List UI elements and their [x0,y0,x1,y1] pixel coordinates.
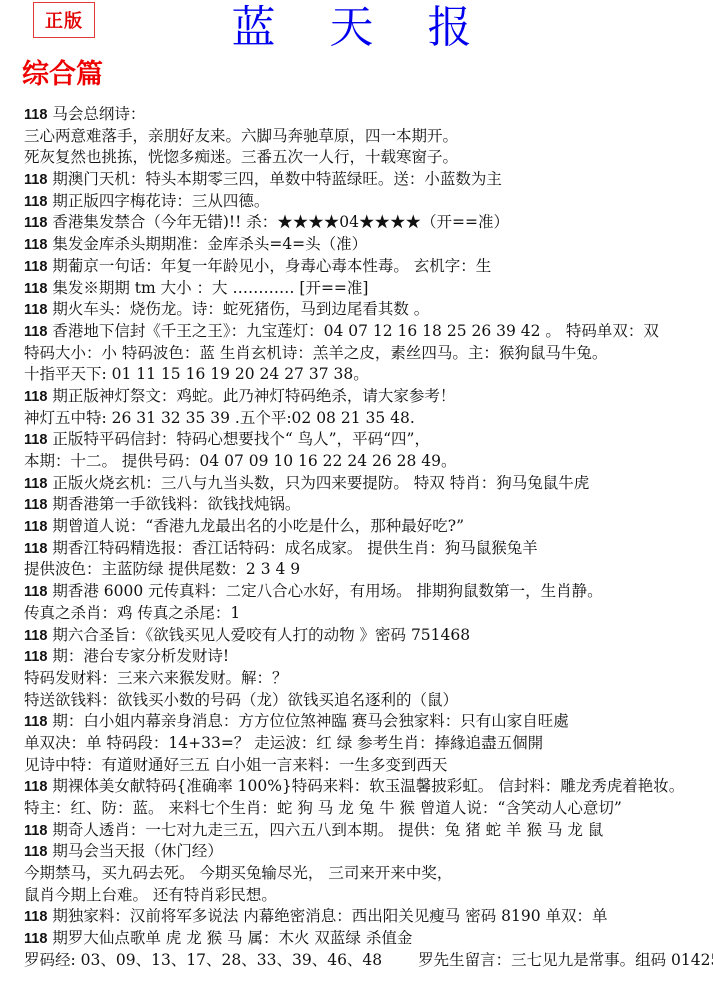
line-text: 期澳门天机：特头本期零三四，单数中特蓝绿旺。送：小蓝数为主 [47,170,501,188]
issue-number: 118 [24,172,47,188]
line-text: 香港地下信封《千王之王》：九宝莲灯：04 07 12 16 18 25 26 3… [47,322,658,340]
text-line: 118 期：港台专家分析发财诗! [24,646,704,668]
issue-number: 118 [24,215,47,231]
issue-number: 118 [24,237,47,253]
issue-number: 118 [24,432,47,448]
newspaper-title: 蓝 天 报 [0,2,713,54]
text-line: 118 期葡京一句话：年复一年龄见小，身毒心毒本性毒。 玄机字：生 [24,256,704,278]
line-text: 特送欲钱料：欲钱买小数的号码（龙）欲钱买追名逐利的（鼠） [24,691,458,709]
text-line: 118 马会总纲诗： [24,104,704,126]
issue-number: 118 [24,909,47,925]
line-text: 期香港第一手欲钱料：欲钱找炖锅。 [47,495,300,513]
text-line: 三心两意难落手，亲朋好友来。六脚马奔驰草原，四一本期开。 [24,126,704,148]
line-text: 期正版神灯祭文：鸡蛇。此乃神灯特码绝杀，请大家参考！ [47,387,455,405]
line-text: 期正版四字梅花诗：三从四德。 [47,192,269,210]
line-text: 特主：红、防：蓝。 来料七个生肖：蛇 狗 马 龙 兔 牛 猴 曾道人说：“含笑动… [24,799,622,817]
issue-number: 118 [24,541,47,557]
text-line: 今期禁马，买九码去死。 今期买兔输尽光， 三司来开来中奖， [24,863,704,885]
line-text: 提供波色：主蓝防绿 提供尾数：2 3 4 9 [24,560,300,578]
text-line: 神灯五中特: 26 31 32 35 39 .五个平:02 08 21 35 4… [24,408,704,430]
text-line: 传真之杀肖：鸡 传真之杀尾：1 [24,603,704,625]
issue-number: 118 [24,714,47,730]
issue-number: 118 [24,194,47,210]
line-text: 期香港 6000 元传真料：二定八合心水好，有用场。 排期狗鼠数第一，生肖静。 [47,582,602,600]
issue-number: 118 [24,324,47,340]
text-line: 118 期正版神灯祭文：鸡蛇。此乃神灯特码绝杀，请大家参考！ [24,386,704,408]
text-line: 118 期香港 6000 元传真料：二定八合心水好，有用场。 排期狗鼠数第一，生… [24,581,704,603]
text-line: 特码发财料：三来六来猴发财。解：？ [24,668,704,690]
text-line: 118 期奇人透肖：一七对九走三五，四六五八到本期。 提供：兔 猪 蛇 羊 猴 … [24,820,704,842]
line-text: 传真之杀肖：鸡 传真之杀尾：1 [24,604,240,622]
text-line: 118 正版火烧玄机：三八与九当头数，只为四来要提防。 特双 特肖：狗马兔鼠牛虎 [24,473,704,495]
line-text: 马会总纲诗： [47,105,145,123]
line-text: 神灯五中特: 26 31 32 35 39 .五个平:02 08 21 35 4… [24,409,415,427]
issue-number: 118 [24,476,47,492]
text-line: 单双决：单 特码段：14+33=？ 走运波：红 绿 参考生肖：捧緣追盡五個開 [24,733,704,755]
text-line: 118 正版特平码信封：特码心想要找个“ 鸟人”，平码“四”， [24,429,704,451]
issue-number: 118 [24,497,47,513]
issue-number: 118 [24,584,47,600]
text-line: 见诗中特：有道财通好三五 白小姐一言来料：一生多变到西天 [24,755,704,777]
text-line: 118 期裸体美女献特码{准确率 100%}特码来料：软玉温馨披彩虹。 信封料：… [24,776,704,798]
text-line: 118 香港地下信封《千王之王》：九宝莲灯：04 07 12 16 18 25 … [24,321,704,343]
line-text: 集发金库杀头期期准：金库杀头=4=头（准） [47,235,367,253]
text-line: 特送欲钱料：欲钱买小数的号码（龙）欲钱买追名逐利的（鼠） [24,690,704,712]
line-text: 期曾道人说：“香港九龙最出名的小吃是什么，那种最好吃?” [47,517,464,535]
issue-number: 118 [24,844,47,860]
line-text: 单双决：单 特码段：14+33=？ 走运波：红 绿 参考生肖：捧緣追盡五個開 [24,734,543,752]
text-line: 118 期六合圣旨：《欲钱买见人爱咬有人打的动物 》密码 751468 [24,625,704,647]
text-line: 118 集发金库杀头期期准：金库杀头=4=头（准） [24,234,704,256]
section-title: 综合篇 [22,58,103,92]
text-line: 十指平天下: 01 11 15 16 19 20 24 27 37 38。 [24,364,704,386]
line-text: 期独家料：汉前将军多说法 内幕绝密消息：西出阳关见瘦马 密码 8190 单双：单 [47,907,607,925]
text-line: 118 期香港第一手欲钱料：欲钱找炖锅。 [24,494,704,516]
text-line: 118 期：白小姐内幕亲身消息：方方位位煞神臨 赛马会独家料：只有山家自旺處 [24,711,704,733]
text-line: 特主：红、防：蓝。 来料七个生肖：蛇 狗 马 龙 兔 牛 猴 曾道人说：“含笑动… [24,798,704,820]
issue-number: 118 [24,259,47,275]
line-text: 期火车头：烧伤龙。诗：蛇死猪伤，马到边尾看其数 。 [47,300,429,318]
text-line: 118 期火车头：烧伤龙。诗：蛇死猪伤，马到边尾看其数 。 [24,299,704,321]
text-line: 118 期澳门天机：特头本期零三四，单数中特蓝绿旺。送：小蓝数为主 [24,169,704,191]
line-text: 期马会当天报（休门经） [47,842,222,860]
line-text: 三心两意难落手，亲朋好友来。六脚马奔驰草原，四一本期开。 [24,127,458,145]
text-line: 死灰复然也挑拣，恍惚多痴迷。三番五次一人行，十载寒窗子。 [24,147,704,169]
line-text: 正版特平码信封：特码心想要找个“ 鸟人”，平码“四”， [47,430,430,448]
article-body: 118 马会总纲诗： 三心两意难落手，亲朋好友来。六脚马奔驰草原，四一本期开。 … [24,104,704,972]
line-text: 罗码经: 03、09、13、17、28、33、39、46、48 罗先生留言：三七… [24,951,713,969]
line-text: 期：白小姐内幕亲身消息：方方位位煞神臨 赛马会独家料：只有山家自旺處 [47,712,568,730]
issue-number: 118 [24,628,47,644]
line-text: 十指平天下: 01 11 15 16 19 20 24 27 37 38。 [24,365,369,383]
text-line: 118 集发※期期 tm 大小 ：大 ………… [开==准] [24,278,704,300]
line-text: 今期禁马，买九码去死。 今期买兔输尽光， 三司来开来中奖， [24,864,452,882]
text-line: 118 期曾道人说：“香港九龙最出名的小吃是什么，那种最好吃?” [24,516,704,538]
line-text: 香港集发禁合（今年无错)!! 杀：★★★★04★★★★（开==准） [47,213,509,231]
line-text: 死灰复然也挑拣，恍惚多痴迷。三番五次一人行，十载寒窗子。 [24,148,458,166]
line-text: 期奇人透肖：一七对九走三五，四六五八到本期。 提供：兔 猪 蛇 羊 猴 马 龙 … [47,821,603,839]
line-text: 特码大小：小 特码波色：蓝 生肖玄机诗：羔羊之皮，素丝四马。主：猴狗鼠马牛兔。 [24,344,607,362]
text-line: 118 期马会当天报（休门经） [24,841,704,863]
issue-number: 118 [24,779,47,795]
line-text: 特码发财料：三来六来猴发财。解：？ [24,669,288,687]
issue-number: 118 [24,389,47,405]
text-line: 118 期香江特码精选报：香江话特码：成名成家。 提供生肖：狗马鼠猴兔羊 [24,538,704,560]
issue-number: 118 [24,302,47,318]
line-text: 集发※期期 tm 大小 ：大 ………… [开==准] [47,279,368,297]
text-line: 本期：十二。 提供号码：04 07 09 10 16 22 24 26 28 4… [24,451,704,473]
line-text: 正版火烧玄机：三八与九当头数，只为四来要提防。 特双 特肖：狗马兔鼠牛虎 [47,474,589,492]
issue-number: 118 [24,281,47,297]
issue-number: 118 [24,519,47,535]
line-text: 本期：十二。 提供号码：04 07 09 10 16 22 24 26 28 4… [24,452,457,470]
text-line: 特码大小：小 特码波色：蓝 生肖玄机诗：羔羊之皮，素丝四马。主：猴狗鼠马牛兔。 [24,343,704,365]
issue-number: 118 [24,823,47,839]
text-line: 罗码经: 03、09、13、17、28、33、39、46、48 罗先生留言：三七… [24,950,704,972]
text-line: 118 期罗大仙点歌单 虎 龙 猴 马 属：木火 双蓝绿 杀值金 [24,928,704,950]
line-text: 见诗中特：有道财通好三五 白小姐一言来料：一生多变到西天 [24,756,447,774]
text-line: 鼠肖今期上台难。 还有特肖彩民想。 [24,885,704,907]
issue-number: 118 [24,649,47,665]
line-text: 期裸体美女献特码{准确率 100%}特码来料：软玉温馨披彩虹。 信封料：雕龙秀虎… [47,777,684,795]
text-line: 118 期正版四字梅花诗：三从四德。 [24,191,704,213]
line-text: 期香江特码精选报：香江话特码：成名成家。 提供生肖：狗马鼠猴兔羊 [47,539,537,557]
line-text: 期：港台专家分析发财诗! [47,647,229,665]
line-text: 期六合圣旨：《欲钱买见人爱咬有人打的动物 》密码 751468 [47,626,470,644]
issue-number: 118 [24,931,47,947]
line-text: 期罗大仙点歌单 虎 龙 猴 马 属：木火 双蓝绿 杀值金 [47,929,412,947]
text-line: 118 期独家料：汉前将军多说法 内幕绝密消息：西出阳关见瘦马 密码 8190 … [24,906,704,928]
line-text: 鼠肖今期上台难。 还有特肖彩民想。 [24,886,277,904]
text-line: 118 香港集发禁合（今年无错)!! 杀：★★★★04★★★★（开==准） [24,212,704,234]
issue-number: 118 [24,107,47,123]
text-line: 提供波色：主蓝防绿 提供尾数：2 3 4 9 [24,559,704,581]
line-text: 期葡京一句话：年复一年龄见小，身毒心毒本性毒。 玄机字：生 [47,257,491,275]
